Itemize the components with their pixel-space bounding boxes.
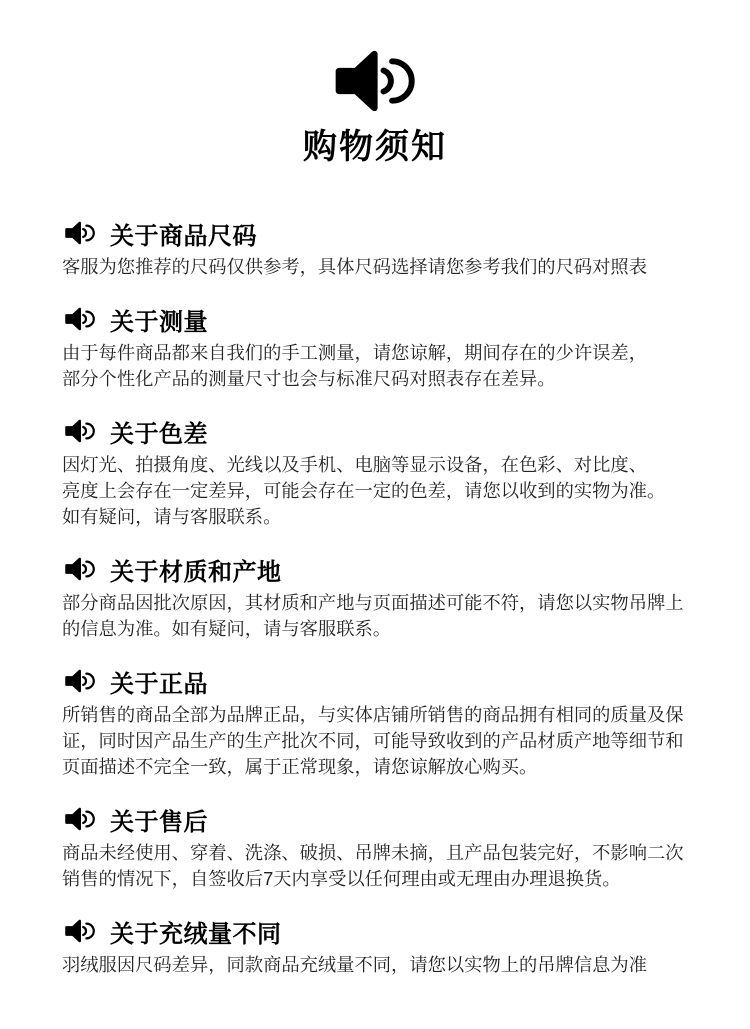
section-body: 由于每件商品都来自我们的手工测量，请您谅解，期间存在的少许误差，部分个性化产品的… (62, 340, 722, 392)
section-heading-row: 关于测量 (62, 304, 722, 334)
notice-section: 关于商品尺码 客服为您推荐的尺码仅供参考，具体尺码选择请您参考我们的尺码对照表 (62, 218, 722, 280)
section-heading-row: 关于充绒量不同 (62, 916, 722, 946)
section-body-line: 由于每件商品都来自我们的手工测量，请您谅解，期间存在的少许误差， (62, 340, 722, 366)
section-body-line: 销售的情况下，自签收后7天内享受以任何理由或无理由办理退换货。 (62, 866, 722, 892)
section-body-line: 因灯光、拍摄角度、光线以及手机、电脑等显示设备，在色彩、对比度、 (62, 452, 722, 478)
section-body-line: 的信息为准。如有疑问，请与客服联系。 (62, 616, 722, 642)
page-header: 购物须知 (0, 0, 750, 167)
section-heading-row: 关于正品 (62, 666, 722, 696)
section-heading: 关于充绒量不同 (110, 914, 282, 949)
section-heading: 关于材质和产地 (110, 552, 282, 587)
speaker-icon (65, 806, 95, 832)
section-body-line: 页面描述不完全一致，属于正常现象，请您谅解放心购买。 (62, 754, 722, 780)
section-body-line: 部分商品因批次原因，其材质和产地与页面描述可能不符，请您以实物吊牌上 (62, 590, 722, 616)
notice-section: 关于售后 商品未经使用、穿着、洗涤、破损、吊牌未摘，且产品包装完好，不影响二次销… (62, 804, 722, 892)
section-body-line: 如有疑问，请与客服联系。 (62, 504, 722, 530)
notice-section: 关于测量 由于每件商品都来自我们的手工测量，请您谅解，期间存在的少许误差，部分个… (62, 304, 722, 392)
section-heading-row: 关于售后 (62, 804, 722, 834)
section-heading: 关于商品尺码 (110, 216, 257, 251)
speaker-icon (65, 418, 95, 444)
notice-section: 关于正品 所销售的商品全部为品牌正品，与实体店铺所销售的商品拥有相同的质量及保证… (62, 666, 722, 780)
notice-section: 关于材质和产地 部分商品因批次原因，其材质和产地与页面描述可能不符，请您以实物吊… (62, 554, 722, 642)
page-title: 购物须知 (0, 127, 750, 167)
section-body: 所销售的商品全部为品牌正品，与实体店铺所销售的商品拥有相同的质量及保证，同时因产… (62, 702, 722, 780)
section-body: 部分商品因批次原因，其材质和产地与页面描述可能不符，请您以实物吊牌上的信息为准。… (62, 590, 722, 642)
speaker-icon (65, 556, 95, 582)
notice-sections: 关于商品尺码 客服为您推荐的尺码仅供参考，具体尺码选择请您参考我们的尺码对照表 … (0, 167, 750, 978)
section-heading: 关于色差 (110, 414, 208, 449)
section-body: 羽绒服因尺码差异，同款商品充绒量不同，请您以实物上的吊牌信息为准 (62, 952, 722, 978)
section-heading: 关于正品 (110, 664, 208, 699)
shopping-notice-page: 购物须知 关于商品尺码 客服为您推荐的尺码仅供参考，具体尺码选择请您参考我们的尺… (0, 0, 750, 1029)
notice-section: 关于充绒量不同 羽绒服因尺码差异，同款商品充绒量不同，请您以实物上的吊牌信息为准 (62, 916, 722, 978)
section-body-line: 客服为您推荐的尺码仅供参考，具体尺码选择请您参考我们的尺码对照表 (62, 254, 722, 280)
section-body: 客服为您推荐的尺码仅供参考，具体尺码选择请您参考我们的尺码对照表 (62, 254, 722, 280)
speaker-icon (65, 918, 95, 944)
speaker-icon (335, 101, 415, 118)
section-heading-row: 关于色差 (62, 416, 722, 446)
section-body-line: 亮度上会存在一定差异，可能会存在一定的色差，请您以收到的实物为准。 (62, 478, 722, 504)
section-heading-row: 关于商品尺码 (62, 218, 722, 248)
section-body-line: 部分个性化产品的测量尺寸也会与标准尺码对照表存在差异。 (62, 366, 722, 392)
section-heading-row: 关于材质和产地 (62, 554, 722, 584)
section-body: 商品未经使用、穿着、洗涤、破损、吊牌未摘，且产品包装完好，不影响二次销售的情况下… (62, 840, 722, 892)
section-body-line: 证，同时因产品生产的生产批次不同，可能导致收到的产品材质产地等细节和 (62, 728, 722, 754)
speaker-icon (65, 668, 95, 694)
section-heading: 关于测量 (110, 302, 208, 337)
section-heading: 关于售后 (110, 802, 208, 837)
notice-section: 关于色差 因灯光、拍摄角度、光线以及手机、电脑等显示设备，在色彩、对比度、亮度上… (62, 416, 722, 530)
section-body-line: 商品未经使用、穿着、洗涤、破损、吊牌未摘，且产品包装完好，不影响二次 (62, 840, 722, 866)
section-body-line: 所销售的商品全部为品牌正品，与实体店铺所销售的商品拥有相同的质量及保 (62, 702, 722, 728)
section-body: 因灯光、拍摄角度、光线以及手机、电脑等显示设备，在色彩、对比度、亮度上会存在一定… (62, 452, 722, 530)
speaker-icon (65, 306, 95, 332)
speaker-icon (65, 220, 95, 246)
section-body-line: 羽绒服因尺码差异，同款商品充绒量不同，请您以实物上的吊牌信息为准 (62, 952, 722, 978)
